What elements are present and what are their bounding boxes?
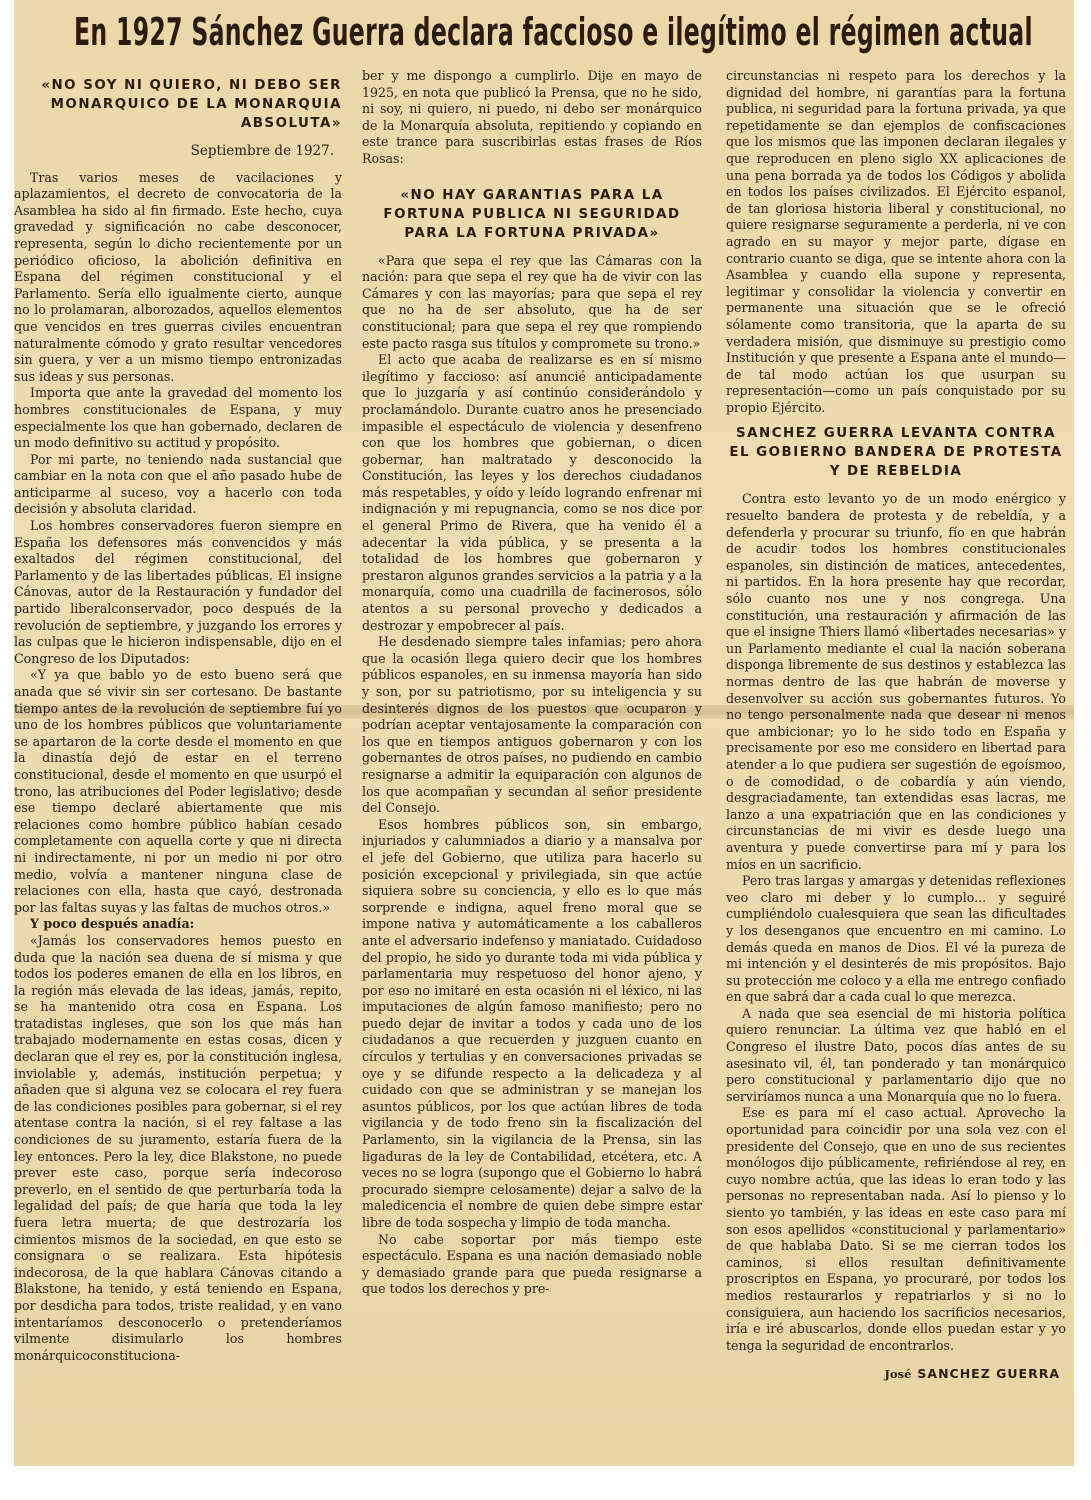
paragraph: Los hombres conservadores fueron siempre…: [14, 518, 342, 667]
paragraph: Tras varios meses de vacilaciones y apla…: [14, 170, 342, 386]
quote-paragraph: «Jamás los conservadores hemos puesto en…: [14, 933, 342, 1364]
paragraph: Contra esto levanto yo de un modo enérgi…: [726, 491, 1066, 873]
paragraph: No cabe soportar por más tiempo este esp…: [362, 1232, 702, 1298]
column-3-subhead: SANCHEZ GUERRA LEVANTA CONTRA EL GOBIERN…: [726, 424, 1066, 481]
newspaper-clipping: En 1927 Sánchez Guerra declara faccioso …: [14, 0, 1074, 1466]
paragraph: Ese es para mí el caso actual. Aprovecho…: [726, 1105, 1066, 1354]
paragraph: Y poco después anadía:: [14, 916, 342, 933]
quote-paragraph: «Y ya que bablo yo de esto bueno será qu…: [14, 667, 342, 916]
signature-surname: SANCHEZ GUERRA: [917, 1366, 1060, 1381]
quote-paragraph: «Para que sepa el rey que las Cámaras co…: [362, 253, 702, 353]
paragraph: Pero tras largas y amargas y detenidas r…: [726, 873, 1066, 1006]
paragraph: Esos hombres públicos son, sin embargo, …: [362, 817, 702, 1232]
column-2-subhead: «NO HAY GARANTIAS PARA LA FORTUNA PUBLIC…: [362, 186, 702, 243]
paragraph: A nada que sea esencial de mi historia p…: [726, 1006, 1066, 1106]
paragraph: El acto que acaba de realizarse es en sí…: [362, 352, 702, 634]
dateline: Septiembre de 1927.: [14, 143, 342, 160]
scan-margin: [0, 1466, 1091, 1500]
lead-paragraph: circunstancias ni respeto para los derec…: [726, 68, 1066, 416]
column-1-subhead: «NO SOY NI QUIERO, NI DEBO SER MONARQUIC…: [14, 76, 342, 133]
headline: En 1927 Sánchez Guerra declara faccioso …: [74, 6, 1041, 58]
paragraph: Importa que ante la gravedad del momento…: [14, 385, 342, 451]
paragraph: Por mi parte, no teniendo nada sustancia…: [14, 452, 342, 518]
column-3: circunstancias ni respeto para los derec…: [726, 68, 1066, 1383]
column-1: «NO SOY NI QUIERO, NI DEBO SER MONARQUIC…: [14, 68, 342, 1364]
signature-given-name: José: [884, 1367, 911, 1381]
column-2: ber y me dispongo a cumplirlo. Dije en m…: [362, 68, 702, 1298]
paragraph: He desdenado siempre tales infamias; per…: [362, 634, 702, 817]
signature: JoséSANCHEZ GUERRA: [726, 1366, 1066, 1383]
lead-paragraph: ber y me dispongo a cumplirlo. Dije en m…: [362, 68, 702, 168]
